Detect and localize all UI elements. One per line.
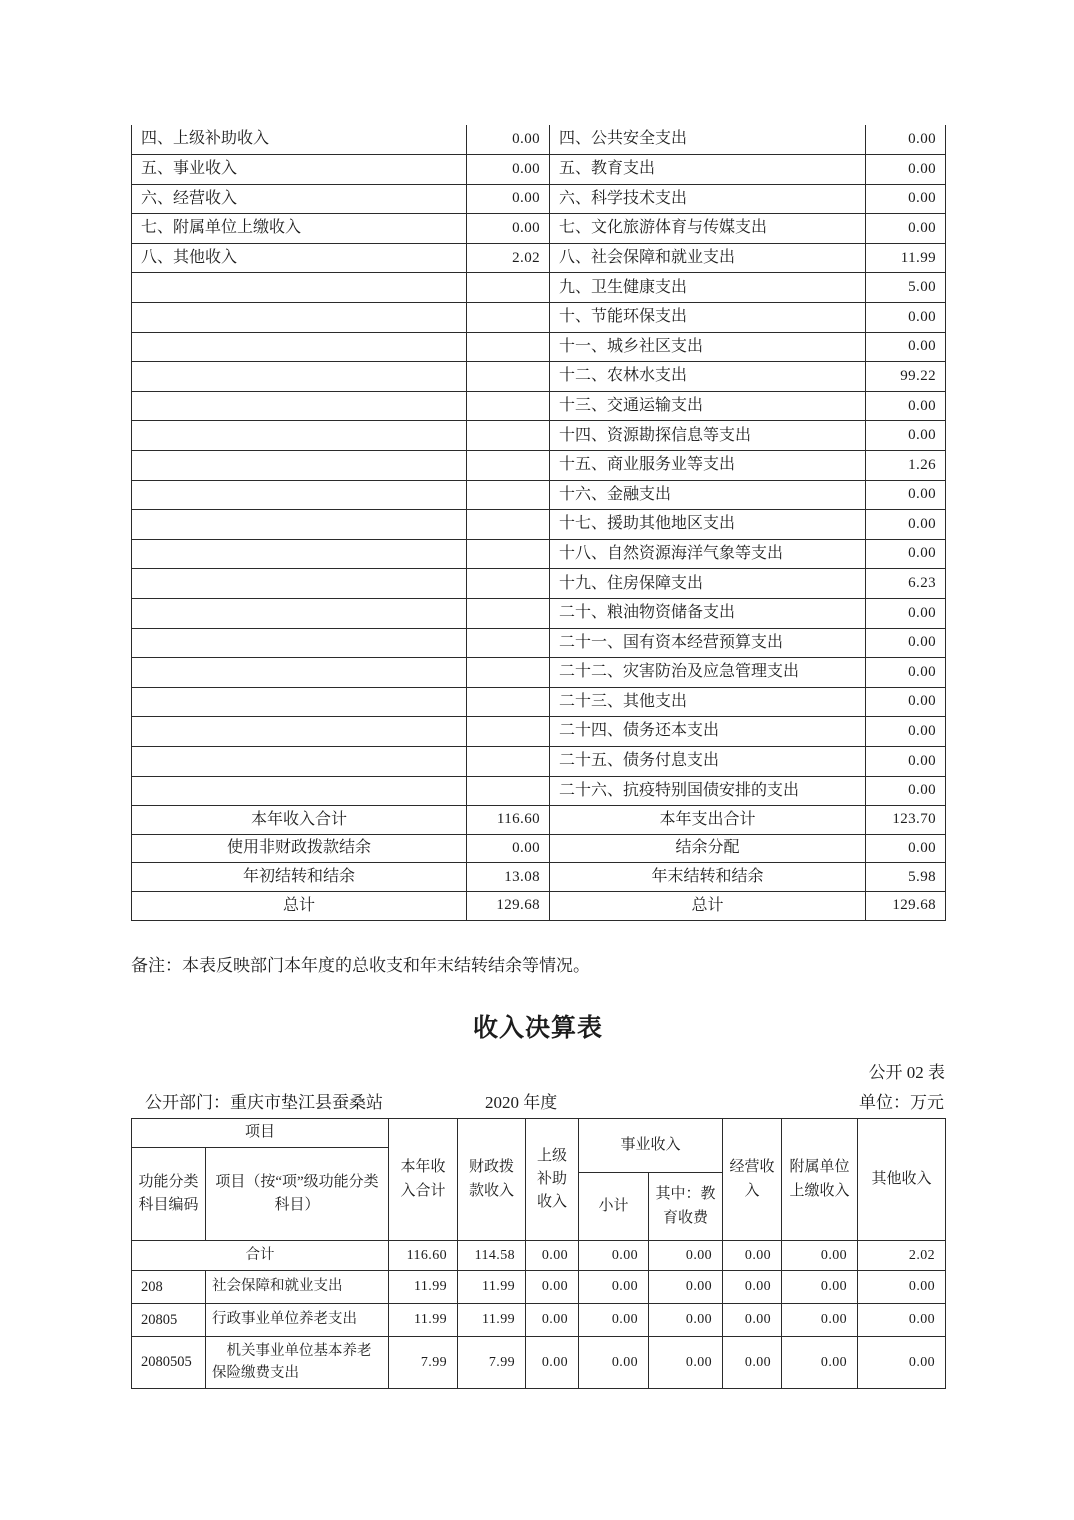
income-item-value xyxy=(467,658,550,688)
summary-table-row: 十六、金融支出0.00 xyxy=(132,480,946,510)
income-item-label xyxy=(132,510,467,540)
income-item-value xyxy=(467,391,550,421)
income-item-value xyxy=(467,569,550,599)
expense-item-label: 十七、援助其他地区支出 xyxy=(550,510,866,540)
income-table-row: 合计116.60114.580.000.000.000.000.002.02 xyxy=(132,1241,946,1271)
summary-table-row: 九、卫生健康支出5.00 xyxy=(132,273,946,303)
income-item-value xyxy=(467,599,550,629)
income-item-label xyxy=(132,332,467,362)
expense-item-label: 六、科学技术支出 xyxy=(550,184,866,214)
summary-table-row: 十五、商业服务业等支出1.26 xyxy=(132,451,946,481)
summary-table-row: 十九、住房保障支出6.23 xyxy=(132,569,946,599)
summary-table-row: 十二、农林水支出99.22 xyxy=(132,362,946,392)
table-code-line: 公开 02 表 xyxy=(131,1058,945,1083)
income-item-value xyxy=(467,628,550,658)
expense-item-label: 十一、城乡社区支出 xyxy=(550,332,866,362)
summary-table-row: 二十三、其他支出0.00 xyxy=(132,687,946,717)
income-item-label xyxy=(132,569,467,599)
function-code-cell: 20805 xyxy=(132,1304,206,1337)
value-cell: 0.00 xyxy=(579,1241,649,1271)
header-affiliated-unit-income: 附属单位上缴收入 xyxy=(782,1119,858,1241)
summary-table-row: 十一、城乡社区支出0.00 xyxy=(132,332,946,362)
expense-item-value: 0.00 xyxy=(866,303,946,333)
expense-item-label: 四、公共安全支出 xyxy=(550,125,866,155)
value-cell: 0.00 xyxy=(579,1271,649,1304)
value-cell: 0.00 xyxy=(723,1337,782,1389)
income-item-value: 0.00 xyxy=(467,125,550,155)
income-total-value: 129.68 xyxy=(467,891,550,920)
income-item-label xyxy=(132,717,467,747)
income-item-value xyxy=(467,362,550,392)
income-item-value: 2.02 xyxy=(467,243,550,273)
summary-total-row: 年初结转和结余13.08年末结转和结余5.98 xyxy=(132,863,946,892)
value-cell: 0.00 xyxy=(526,1337,579,1389)
summary-total-row: 使用非财政拨款结余0.00结余分配0.00 xyxy=(132,834,946,863)
income-item-label: 五、事业收入 xyxy=(132,155,467,185)
header-project-item: 项目（按“项”级功能分类科目） xyxy=(206,1148,389,1241)
income-item-label xyxy=(132,628,467,658)
value-cell: 11.99 xyxy=(389,1304,458,1337)
expense-item-label: 十六、金融支出 xyxy=(550,480,866,510)
value-cell: 11.99 xyxy=(458,1304,526,1337)
expense-item-label: 九、卫生健康支出 xyxy=(550,273,866,303)
value-cell: 0.00 xyxy=(649,1304,723,1337)
project-name-cell: 行政事业单位养老支出 xyxy=(206,1304,389,1337)
function-code-cell: 208 xyxy=(132,1271,206,1304)
income-item-label: 八、其他收入 xyxy=(132,243,467,273)
value-cell: 0.00 xyxy=(858,1304,946,1337)
fiscal-year: 2020 年度 xyxy=(485,1088,557,1113)
expense-item-value: 0.00 xyxy=(866,480,946,510)
summary-table-row: 十、节能环保支出0.00 xyxy=(132,303,946,333)
expense-item-label: 十九、住房保障支出 xyxy=(550,569,866,599)
income-table-row: 2080505机关事业单位基本养老保险缴费支出7.997.990.000.000… xyxy=(132,1337,946,1389)
summary-table-row: 二十一、国有资本经营预算支出0.00 xyxy=(132,628,946,658)
income-item-label xyxy=(132,391,467,421)
expense-item-value: 0.00 xyxy=(866,599,946,629)
value-cell: 0.00 xyxy=(782,1304,858,1337)
expense-item-value: 0.00 xyxy=(866,776,946,806)
expense-item-label: 五、教育支出 xyxy=(550,155,866,185)
expense-total-label: 结余分配 xyxy=(550,834,866,863)
value-cell: 7.99 xyxy=(389,1337,458,1389)
expense-item-label: 十二、农林水支出 xyxy=(550,362,866,392)
expense-item-label: 二十二、灾害防治及应急管理支出 xyxy=(550,658,866,688)
income-item-label xyxy=(132,746,467,776)
income-table-title: 收入决算表 xyxy=(131,1008,945,1044)
expense-item-value: 0.00 xyxy=(866,421,946,451)
expense-item-value: 1.26 xyxy=(866,451,946,481)
value-cell: 0.00 xyxy=(649,1241,723,1271)
income-item-value xyxy=(467,717,550,747)
value-cell: 0.00 xyxy=(649,1271,723,1304)
header-function-code: 功能分类科目编码 xyxy=(132,1148,206,1241)
table-code: 公开 02 表 xyxy=(869,1063,946,1082)
project-name-cell: 合计 xyxy=(132,1241,389,1271)
value-cell: 0.00 xyxy=(526,1304,579,1337)
expense-item-value: 0.00 xyxy=(866,717,946,747)
expense-item-value: 0.00 xyxy=(866,125,946,155)
value-cell: 0.00 xyxy=(526,1271,579,1304)
value-cell: 0.00 xyxy=(858,1271,946,1304)
income-item-value xyxy=(467,303,550,333)
expense-item-value: 99.22 xyxy=(866,362,946,392)
expense-item-value: 0.00 xyxy=(866,687,946,717)
income-item-label xyxy=(132,273,467,303)
income-table-row: 208社会保障和就业支出11.9911.990.000.000.000.000.… xyxy=(132,1271,946,1304)
income-item-value xyxy=(467,510,550,540)
income-item-label xyxy=(132,480,467,510)
expense-item-label: 八、社会保障和就业支出 xyxy=(550,243,866,273)
summary-table-row: 十三、交通运输支出0.00 xyxy=(132,391,946,421)
expense-item-value: 0.00 xyxy=(866,510,946,540)
income-item-label xyxy=(132,362,467,392)
income-item-value xyxy=(467,273,550,303)
expense-item-value: 0.00 xyxy=(866,628,946,658)
income-item-value: 0.00 xyxy=(467,214,550,244)
header-operating-income: 经营收入 xyxy=(723,1119,782,1241)
income-item-label xyxy=(132,599,467,629)
project-name-cell: 机关事业单位基本养老保险缴费支出 xyxy=(206,1337,389,1389)
income-table: 项目 本年收入合计 财政拨款收入 上级补助收入 事业收入 经营收入 附属单位上缴… xyxy=(131,1118,946,1389)
value-cell: 0.00 xyxy=(858,1337,946,1389)
expense-total-value: 129.68 xyxy=(866,891,946,920)
project-name-cell: 社会保障和就业支出 xyxy=(206,1271,389,1304)
value-cell: 0.00 xyxy=(723,1271,782,1304)
expense-total-label: 总计 xyxy=(550,891,866,920)
table-meta-line: 公开部门：重庆市垫江县蚕桑站 2020 年度 单位：万元 xyxy=(131,1088,945,1110)
summary-table-row: 七、附属单位上缴收入0.00七、文化旅游体育与传媒支出0.00 xyxy=(132,214,946,244)
unit-label: 单位：万元 xyxy=(859,1088,944,1113)
income-total-label: 本年收入合计 xyxy=(132,806,467,835)
document-page: 四、上级补助收入0.00四、公共安全支出0.00五、事业收入0.00五、教育支出… xyxy=(0,0,1074,1520)
summary-total-row: 本年收入合计116.60本年支出合计123.70 xyxy=(132,806,946,835)
expense-item-value: 6.23 xyxy=(866,569,946,599)
value-cell: 7.99 xyxy=(458,1337,526,1389)
income-item-label: 六、经营收入 xyxy=(132,184,467,214)
income-total-value: 13.08 xyxy=(467,863,550,892)
header-subtotal: 小计 xyxy=(579,1173,649,1241)
income-item-label xyxy=(132,303,467,333)
function-code-cell: 2080505 xyxy=(132,1337,206,1389)
value-cell: 0.00 xyxy=(723,1304,782,1337)
expense-item-value: 0.00 xyxy=(866,155,946,185)
expense-item-value: 0.00 xyxy=(866,658,946,688)
header-education-fee: 其中：教育收费 xyxy=(649,1173,723,1241)
value-cell: 0.00 xyxy=(782,1337,858,1389)
expense-item-label: 二十五、债务付息支出 xyxy=(550,746,866,776)
expense-item-value: 5.00 xyxy=(866,273,946,303)
summary-table-row: 二十四、债务还本支出0.00 xyxy=(132,717,946,747)
summary-table: 四、上级补助收入0.00四、公共安全支出0.00五、事业收入0.00五、教育支出… xyxy=(131,125,946,921)
income-item-value xyxy=(467,421,550,451)
income-item-label xyxy=(132,539,467,569)
income-item-label xyxy=(132,451,467,481)
expense-item-value: 0.00 xyxy=(866,184,946,214)
expense-item-label: 十五、商业服务业等支出 xyxy=(550,451,866,481)
income-item-value xyxy=(467,746,550,776)
summary-table-row: 五、事业收入0.00五、教育支出0.00 xyxy=(132,155,946,185)
income-item-label xyxy=(132,687,467,717)
header-superior-subsidy: 上级补助收入 xyxy=(526,1119,579,1241)
value-cell: 114.58 xyxy=(458,1241,526,1271)
expense-item-value: 0.00 xyxy=(866,214,946,244)
summary-table-row: 四、上级补助收入0.00四、公共安全支出0.00 xyxy=(132,125,946,155)
expense-item-value: 0.00 xyxy=(866,332,946,362)
income-item-value xyxy=(467,332,550,362)
department-name: 公开部门：重庆市垫江县蚕桑站 xyxy=(145,1088,383,1113)
summary-total-row: 总计129.68总计129.68 xyxy=(132,891,946,920)
value-cell: 11.99 xyxy=(389,1271,458,1304)
value-cell: 0.00 xyxy=(579,1337,649,1389)
expense-item-label: 二十、粮油物资储备支出 xyxy=(550,599,866,629)
income-item-value xyxy=(467,776,550,806)
value-cell: 116.60 xyxy=(389,1241,458,1271)
summary-table-note: 备注：本表反映部门本年度的总收支和年末结转结余等情况。 xyxy=(131,951,945,976)
header-total-income: 本年收入合计 xyxy=(389,1119,458,1241)
expense-item-label: 二十一、国有资本经营预算支出 xyxy=(550,628,866,658)
expense-total-value: 123.70 xyxy=(866,806,946,835)
income-total-label: 年初结转和结余 xyxy=(132,863,467,892)
expense-total-label: 本年支出合计 xyxy=(550,806,866,835)
income-item-label xyxy=(132,421,467,451)
expense-item-label: 十四、资源勘探信息等支出 xyxy=(550,421,866,451)
value-cell: 0.00 xyxy=(526,1241,579,1271)
expense-total-value: 5.98 xyxy=(866,863,946,892)
summary-table-row: 六、经营收入0.00六、科学技术支出0.00 xyxy=(132,184,946,214)
income-total-value: 116.60 xyxy=(467,806,550,835)
summary-table-row: 二十、粮油物资储备支出0.00 xyxy=(132,599,946,629)
header-fiscal-appropriation: 财政拨款收入 xyxy=(458,1119,526,1241)
expense-item-value: 0.00 xyxy=(866,746,946,776)
header-business-income-group: 事业收入 xyxy=(579,1119,723,1173)
expense-item-label: 十八、自然资源海洋气象等支出 xyxy=(550,539,866,569)
summary-table-row: 十七、援助其他地区支出0.00 xyxy=(132,510,946,540)
value-cell: 0.00 xyxy=(782,1241,858,1271)
income-item-value xyxy=(467,451,550,481)
expense-item-value: 0.00 xyxy=(866,391,946,421)
expense-item-label: 七、文化旅游体育与传媒支出 xyxy=(550,214,866,244)
income-item-label: 七、附属单位上缴收入 xyxy=(132,214,467,244)
income-item-value: 0.00 xyxy=(467,155,550,185)
header-project-group: 项目 xyxy=(132,1119,389,1148)
expense-item-label: 二十三、其他支出 xyxy=(550,687,866,717)
expense-item-label: 十、节能环保支出 xyxy=(550,303,866,333)
expense-item-label: 十三、交通运输支出 xyxy=(550,391,866,421)
header-row-1: 项目 本年收入合计 财政拨款收入 上级补助收入 事业收入 经营收入 附属单位上缴… xyxy=(132,1119,946,1148)
summary-table-row: 八、其他收入2.02八、社会保障和就业支出11.99 xyxy=(132,243,946,273)
income-item-value xyxy=(467,480,550,510)
summary-table-row: 十八、自然资源海洋气象等支出0.00 xyxy=(132,539,946,569)
income-table-row: 20805行政事业单位养老支出11.9911.990.000.000.000.0… xyxy=(132,1304,946,1337)
summary-table-row: 十四、资源勘探信息等支出0.00 xyxy=(132,421,946,451)
income-item-value: 0.00 xyxy=(467,184,550,214)
header-other-income: 其他收入 xyxy=(858,1119,946,1241)
value-cell: 0.00 xyxy=(782,1271,858,1304)
expense-item-label: 二十六、抗疫特别国债安排的支出 xyxy=(550,776,866,806)
value-cell: 0.00 xyxy=(579,1304,649,1337)
summary-table-row: 二十六、抗疫特别国债安排的支出0.00 xyxy=(132,776,946,806)
value-cell: 0.00 xyxy=(649,1337,723,1389)
income-total-value: 0.00 xyxy=(467,834,550,863)
value-cell: 11.99 xyxy=(458,1271,526,1304)
income-item-value xyxy=(467,687,550,717)
expense-item-label: 二十四、债务还本支出 xyxy=(550,717,866,747)
expense-total-label: 年末结转和结余 xyxy=(550,863,866,892)
income-item-label: 四、上级补助收入 xyxy=(132,125,467,155)
summary-table-row: 二十二、灾害防治及应急管理支出0.00 xyxy=(132,658,946,688)
value-cell: 2.02 xyxy=(858,1241,946,1271)
expense-total-value: 0.00 xyxy=(866,834,946,863)
summary-table-row: 二十五、债务付息支出0.00 xyxy=(132,746,946,776)
income-total-label: 总计 xyxy=(132,891,467,920)
income-item-label xyxy=(132,658,467,688)
income-total-label: 使用非财政拨款结余 xyxy=(132,834,467,863)
income-item-value xyxy=(467,539,550,569)
expense-item-value: 11.99 xyxy=(866,243,946,273)
income-item-label xyxy=(132,776,467,806)
expense-item-value: 0.00 xyxy=(866,539,946,569)
value-cell: 0.00 xyxy=(723,1241,782,1271)
